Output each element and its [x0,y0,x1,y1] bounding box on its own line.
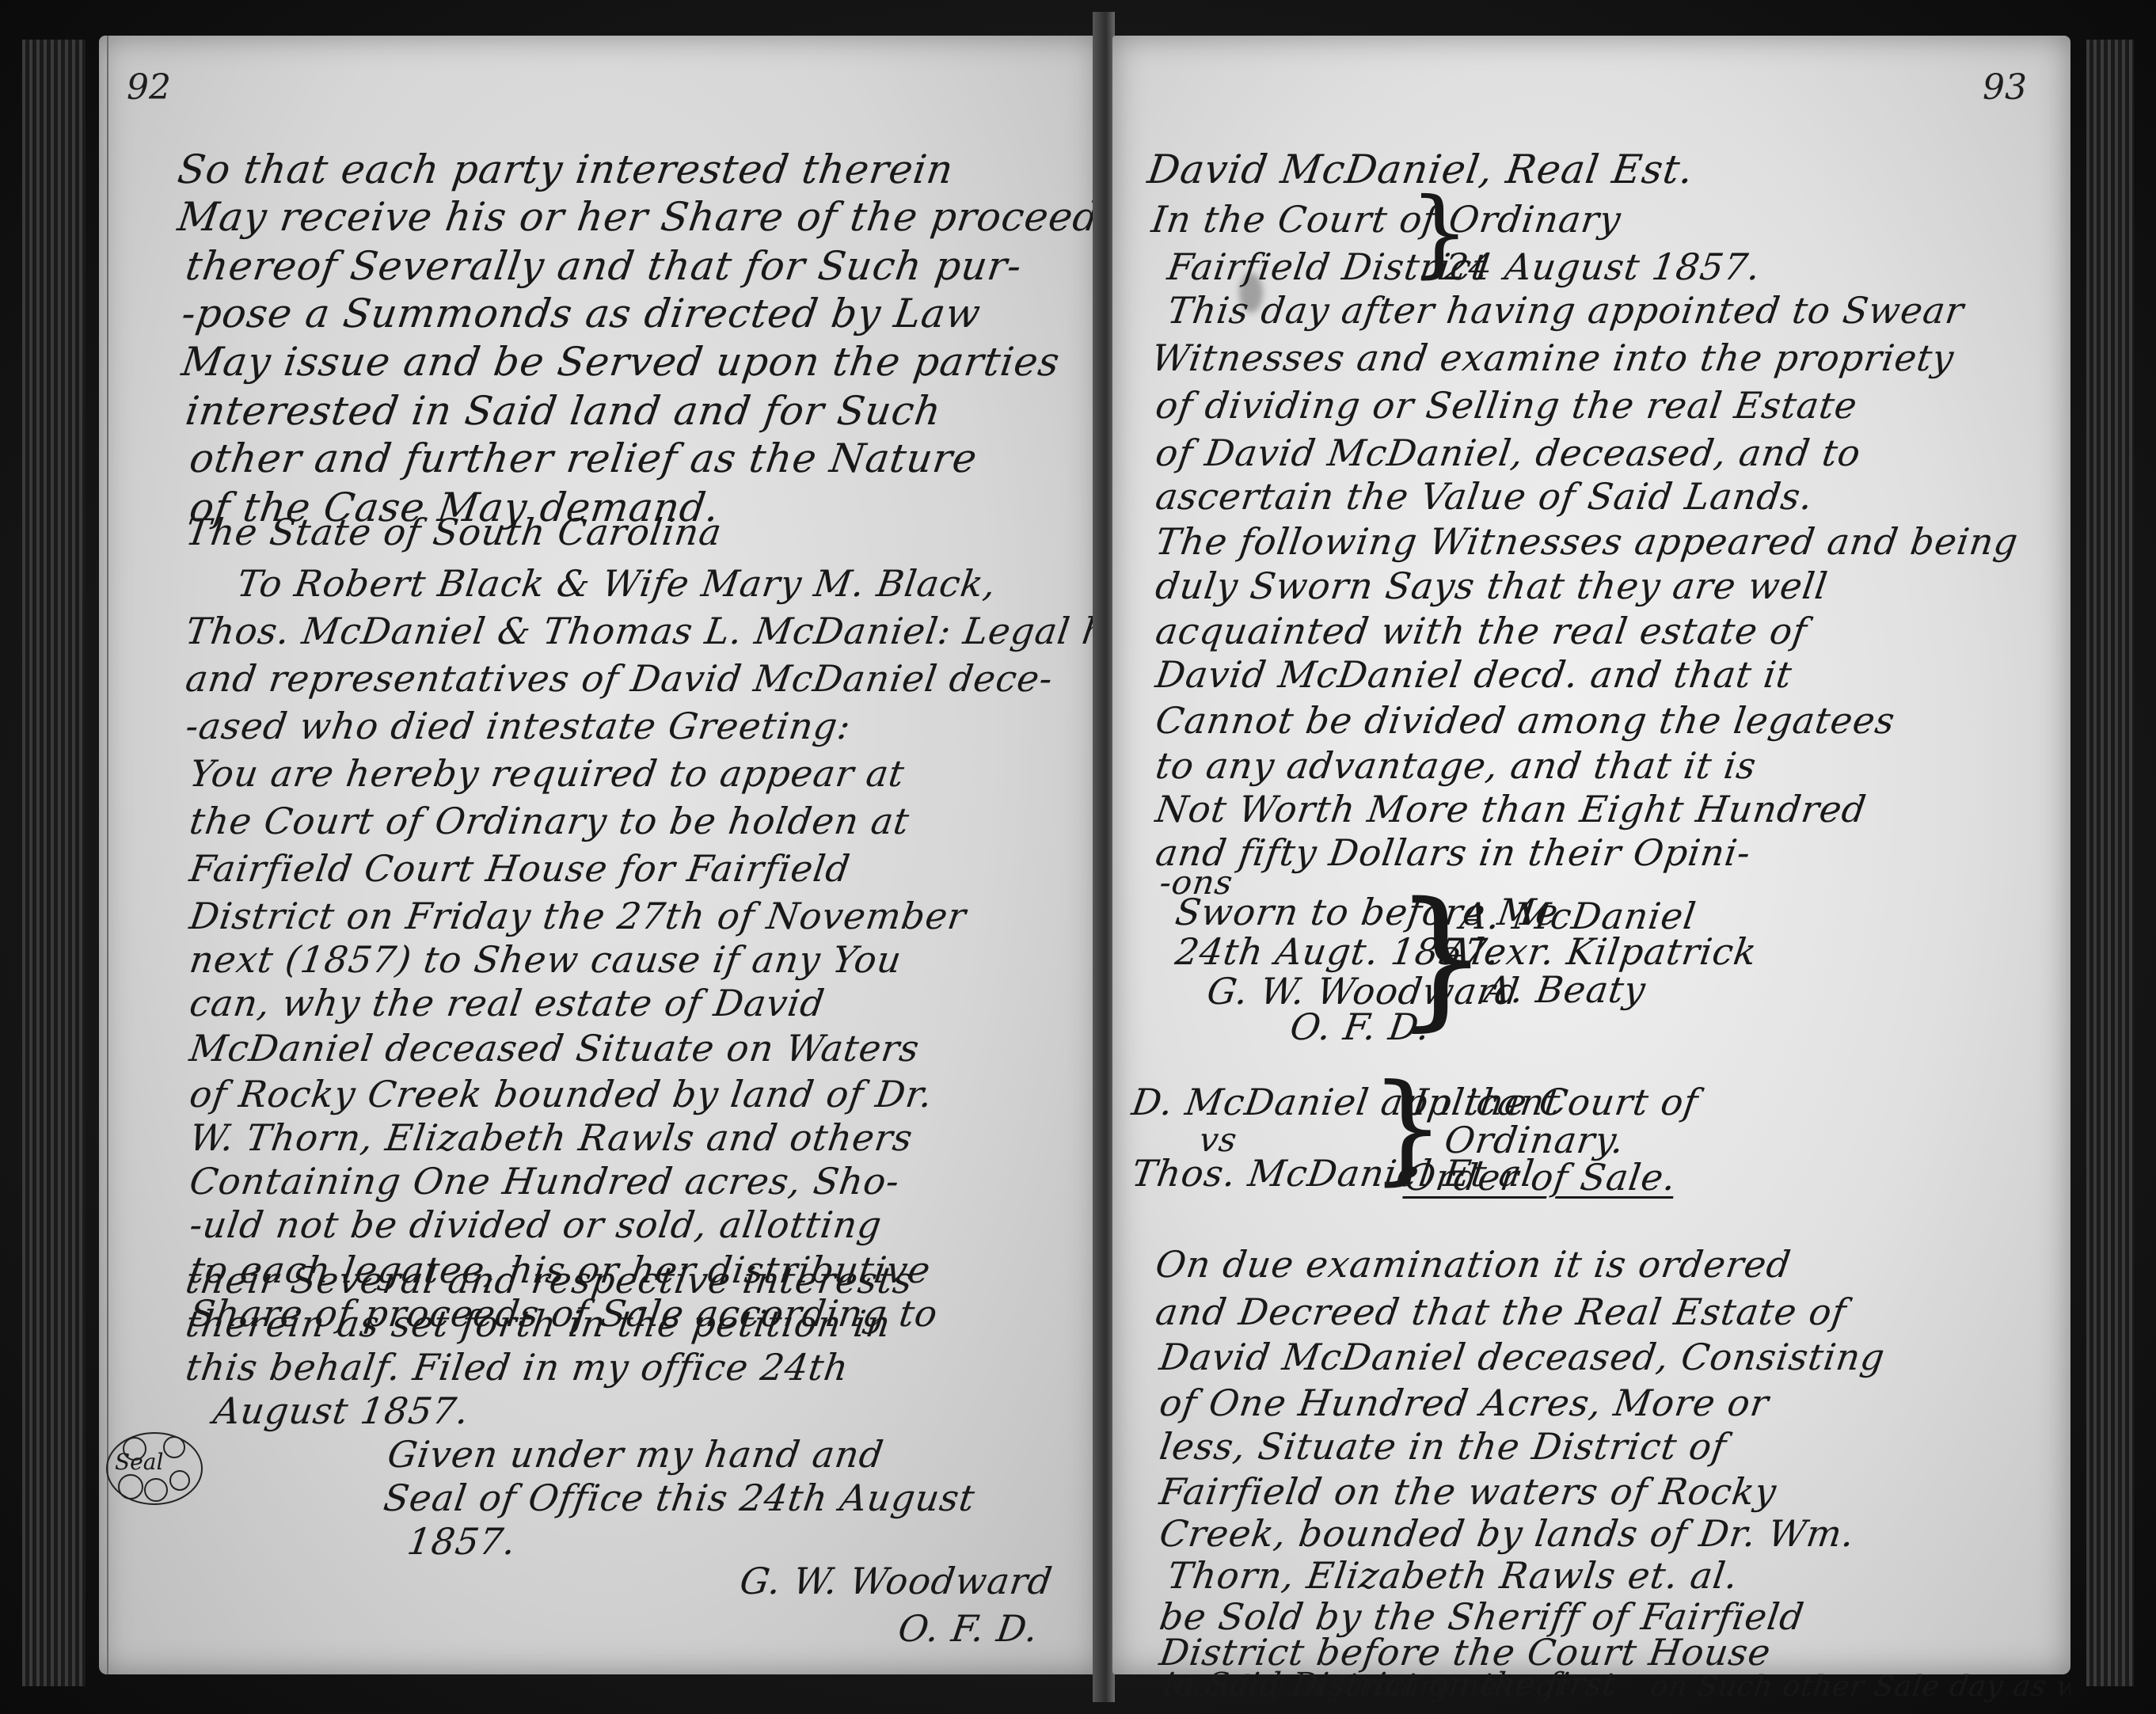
text-line: Containing One Hundred acres, Sho- [187,1160,903,1203]
text-line: their Several and respective interests [183,1259,915,1302]
text-line: Fairfield on the waters of Rocky [1157,1470,1779,1513]
text-line: Thos. McDaniel & Thomas L. McDaniel: Leg… [183,610,1182,652]
text-line: You are hereby required to appear at [187,752,907,795]
court-line: In the Court of [1410,1081,1701,1123]
text-line: So that each party interested therein [175,146,956,192]
text-line: thereof Severally and that for Such pur- [183,243,1025,289]
right-page: 93 David McDaniel, Real Est. In the Cour… [1112,36,2070,1674]
text-line: interested in Said land and for Such [183,388,945,434]
text-line: May receive his or her Share of the proc… [175,194,1124,240]
order-title: Order of Sale. [1402,1156,1679,1199]
text-line: of David McDaniel, deceased, and to [1153,431,1864,474]
text-line: W. Thorn, Elizabeth Rawls and others [187,1116,915,1159]
text-line: the Court of Ordinary to be holden at [187,800,912,842]
book-gutter [1093,12,1115,1702]
text-line: can, why the real estate of David [187,982,827,1024]
text-line: of One Hundred Acres, More or [1157,1381,1772,1424]
text-line: District on Friday the 27th of November [187,895,969,937]
text-line: and fifty Dollars in their Opini- [1153,831,1754,874]
text-line: -uld not be divided or sold, allotting [187,1203,884,1246]
text-line: This day after having appointed to Swear [1165,289,1967,332]
right-page-edges [2086,40,2134,1686]
text-line: and Decreed that the Real Estate of [1153,1290,1849,1333]
text-line: be Sold by the Sheriff of Fairfield [1157,1595,1807,1638]
text-line: David McDaniel decd. and that it [1153,653,1795,696]
text-line: May issue and be Served upon the parties [179,339,1063,385]
text-line: David McDaniel deceased, Consisting [1157,1336,1888,1378]
text-line: Thorn, Elizabeth Rawls et. al. [1165,1554,1741,1597]
text-line: McDaniel deceased Situate on Waters [187,1027,922,1070]
page-number-right: 93 [1983,67,2027,108]
caption-date: 24 August 1857. [1442,245,1763,288]
text-line: ascertain the Value of Said Lands. [1153,475,1816,518]
left-page: 92 So that each party interested therein… [99,36,1101,1674]
text-line: of dividing or Selling the real Estate [1153,384,1860,427]
text-line: -ased who died intestate Greeting: [183,705,854,747]
text-line: less, Situate in the District of [1157,1425,1729,1468]
text-line: -pose a Summonds as directed by Law [179,291,984,336]
text-line: duly Sworn Says that they are well [1153,564,1831,607]
text-line: Cannot be divided among the legatees [1153,699,1898,742]
text-line: other and further relief as the Nature [187,435,980,481]
text-line: and representatives of David McDaniel de… [183,657,1055,700]
page-number-left: 92 [127,67,171,108]
text-line: Creek, bounded by lands of Dr. Wm. [1157,1512,1858,1555]
text-line: next (1857) to Shew cause if any You [187,938,904,981]
text-line: To Robert Black & Wife Mary M. Black, [234,562,999,605]
text-line: to any advantage, and that it is [1153,744,1759,787]
witness-name: Alexr. Kilpatrick [1442,930,1759,973]
text-line: acquainted with the real estate of [1153,610,1810,652]
witness-name: A. Beaty [1481,968,1648,1011]
text-line: The following Witnesses appeared and bei… [1153,520,2021,563]
text-line: of Rocky Creek bounded by land of Dr. [187,1073,935,1115]
court-name: In the Court of Ordinary [1149,198,1624,241]
court-line: Ordinary. [1442,1119,1627,1161]
text-line: Fairfield Court House for Fairfield [187,847,853,890]
left-margin-fold [107,36,108,1674]
summons-heading: The State of South Carolina [183,511,724,553]
left-page-edges [22,40,86,1686]
text-line: On due examination it is ordered [1153,1243,1793,1286]
text-line: Witnesses and examine into the propriety [1149,336,1956,379]
text-line: Not Worth More than Eight Hundred [1153,788,1869,830]
